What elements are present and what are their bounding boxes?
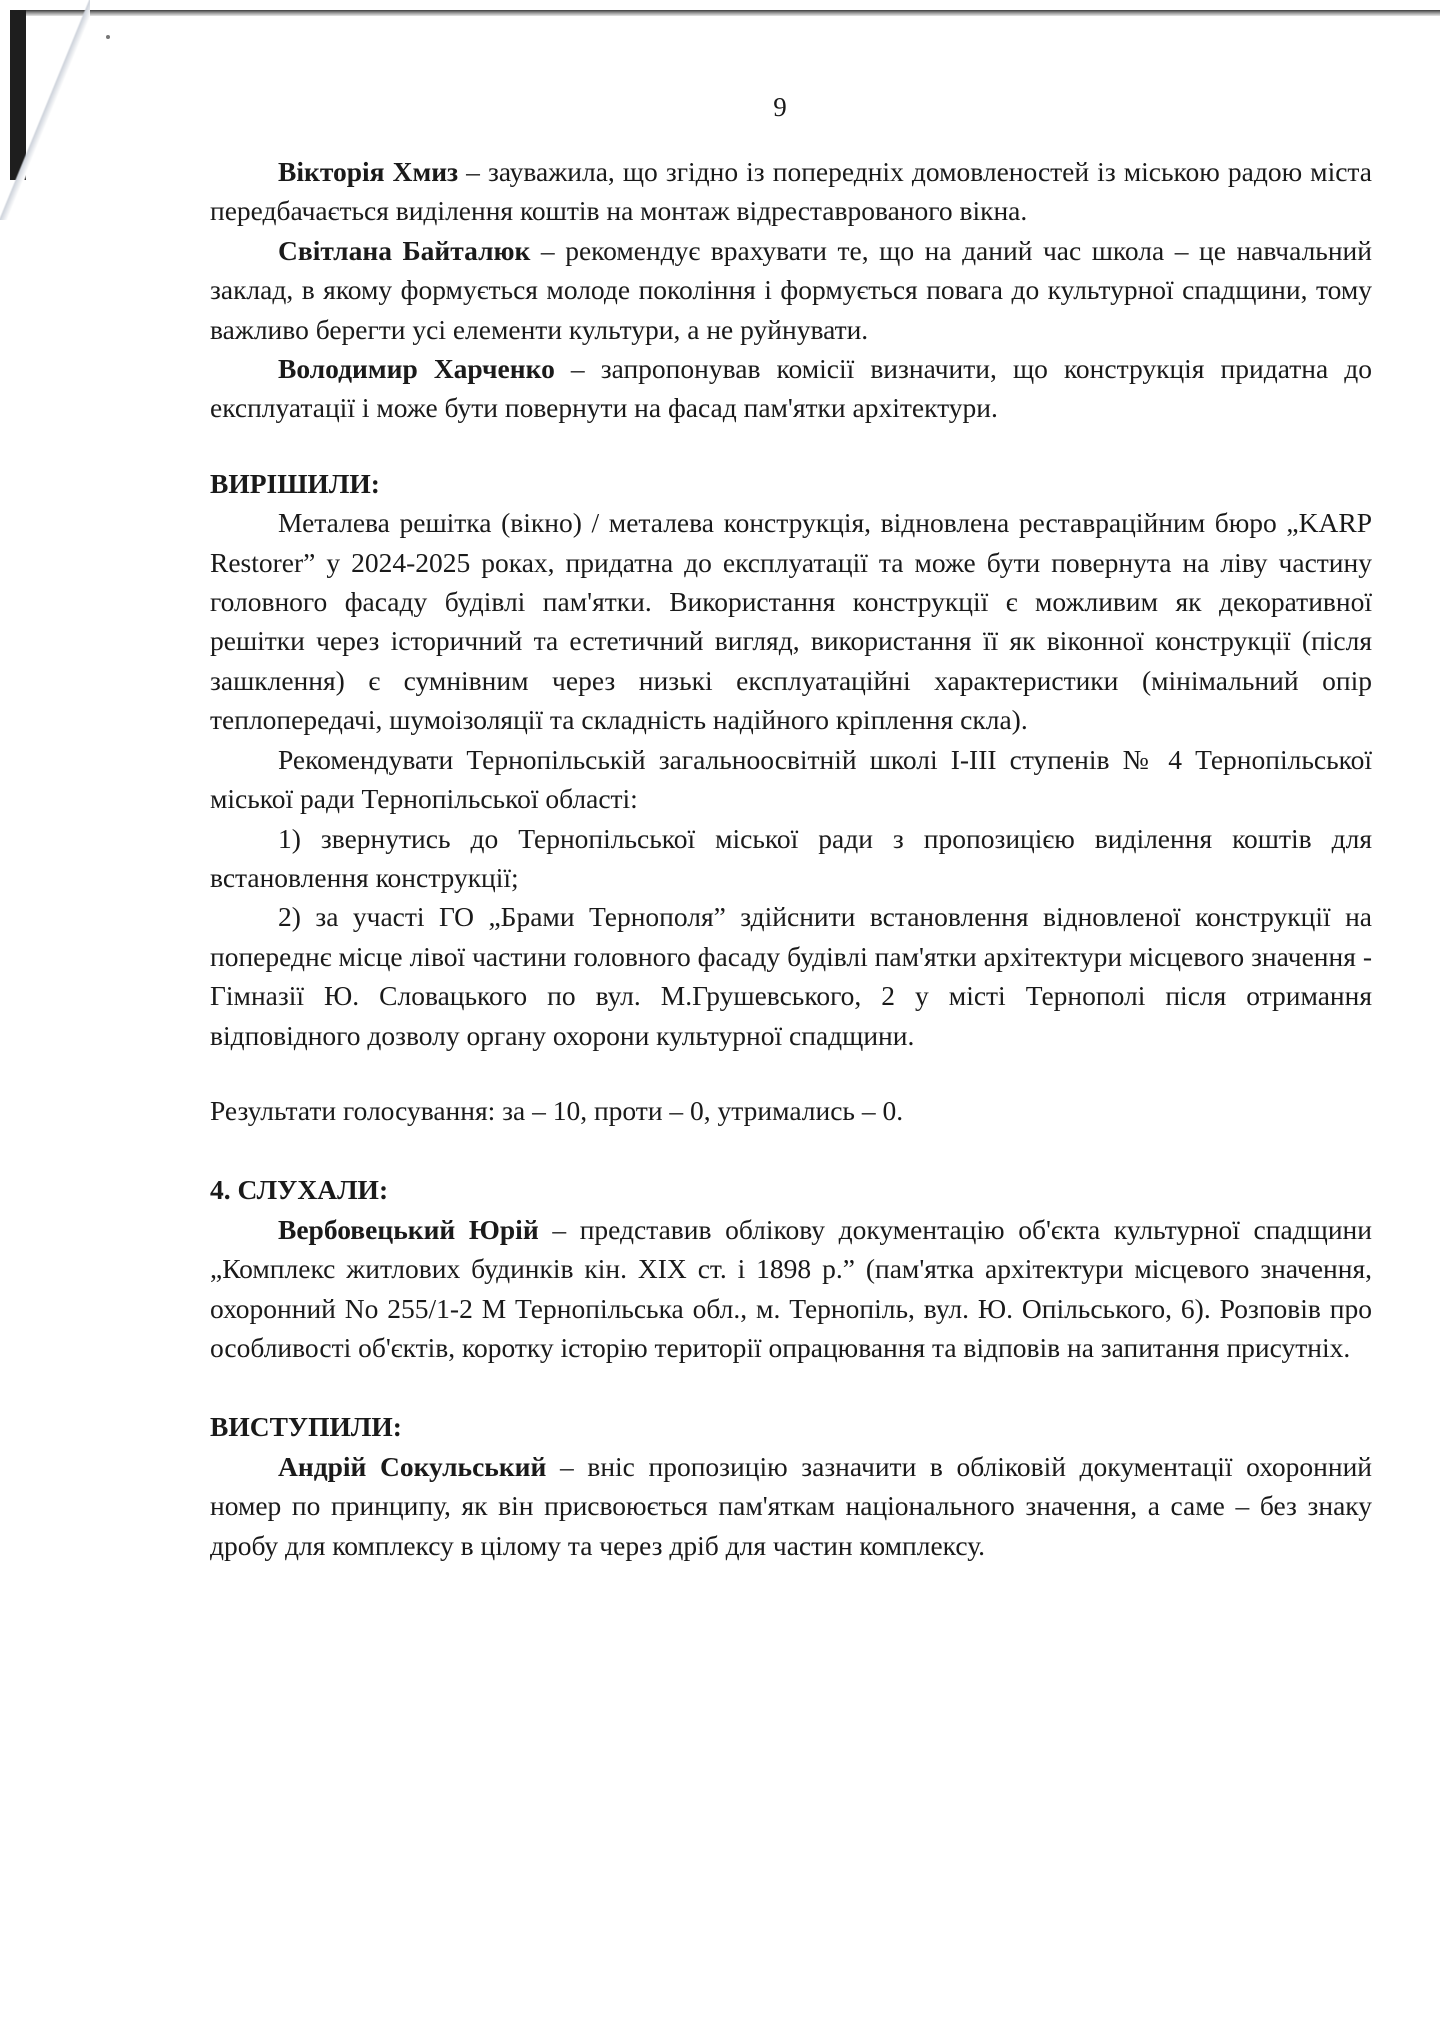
paragraph-speaker-kharchenko: Володимир Харченко – запропонував комісі… bbox=[210, 349, 1372, 428]
speaker-name: Володимир Харченко bbox=[278, 353, 555, 384]
list-item-recommend-2: 2) за участі ГО „Брами Тернополя” здійсн… bbox=[210, 897, 1372, 1055]
scan-speck bbox=[106, 35, 110, 39]
paragraph-decision-recommend: Рекомендувати Тернопільській загальноосв… bbox=[210, 740, 1372, 819]
spacer bbox=[210, 1055, 1372, 1091]
paragraph-speaker-baitaliuk: Світлана Байталюк – рекомендує врахувати… bbox=[210, 231, 1372, 349]
document-body: Вікторія Хмиз – зауважила, що згідно із … bbox=[210, 152, 1372, 1565]
speaker-name: Світлана Байталюк bbox=[278, 235, 530, 266]
paragraph-decision-main: Металева решітка (вікно) / металева конс… bbox=[210, 503, 1372, 739]
spacer bbox=[210, 1367, 1372, 1407]
speaker-name: Андрій Сокульський bbox=[278, 1451, 546, 1482]
scan-edge-top bbox=[10, 10, 1440, 16]
paragraph-speaker-sokulskyi: Андрій Сокульський – вніс пропозицію заз… bbox=[210, 1447, 1372, 1565]
list-item-recommend-1: 1) звернутись до Тернопільської міської … bbox=[210, 819, 1372, 898]
heading-spoke: ВИСТУПИЛИ: bbox=[210, 1407, 1372, 1446]
spacer bbox=[210, 428, 1372, 464]
page-number: 9 bbox=[0, 92, 1440, 123]
spacer bbox=[210, 1130, 1372, 1170]
speaker-name: Вікторія Хмиз bbox=[278, 156, 458, 187]
heading-heard-4: 4. СЛУХАЛИ: bbox=[210, 1170, 1372, 1209]
paragraph-speaker-verbovetskyi: Вербовецький Юрій – представив облікову … bbox=[210, 1210, 1372, 1368]
heading-decided: ВИРІШИЛИ: bbox=[210, 464, 1372, 503]
vote-results: Результати голосування: за – 10, проти –… bbox=[210, 1091, 1372, 1130]
speaker-name: Вербовецький Юрій bbox=[278, 1214, 539, 1245]
paragraph-speaker-khmyz: Вікторія Хмиз – зауважила, що згідно із … bbox=[210, 152, 1372, 231]
